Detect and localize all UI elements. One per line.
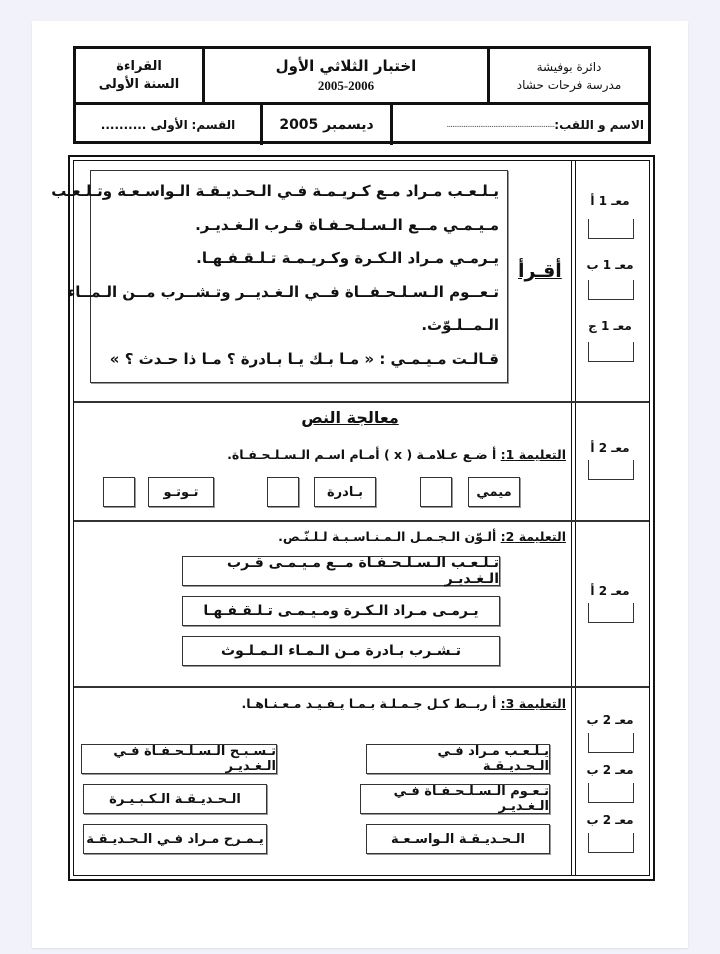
sentence-text: يـرمـى مـراد الـكـرة ومـيـمـى تـلـقـفـهـ…	[203, 603, 478, 619]
instruction-3-text: أ ربــط كـل جـمـلـة بـمـا يـفـيـد مـعـنـ…	[242, 696, 501, 711]
instruction-1: التعليمة 1: أ ضـع عـلامـة ( x ) أمـام اس…	[227, 447, 566, 462]
instruction-2-text: ألـوّن الـجـمـل الـمـنـاسـبـة لـلـنّـص.	[278, 529, 501, 544]
school-year: 2005-2006	[318, 76, 374, 96]
score-label: معـ 2 ب	[580, 813, 640, 827]
name-cell[interactable]: الاسم و اللقب: .........................…	[393, 105, 648, 145]
exam-date: ديسمبر 2005	[279, 117, 373, 133]
class-cell: القسم: الأولى ..........	[76, 105, 260, 145]
sentence-box[interactable]: يـرمـى مـراد الـكـرة ومـيـمـى تـلـقـفـهـ…	[182, 596, 500, 626]
score-column-divider	[571, 161, 576, 875]
passage-line: مـيـمـي مــع الـسـلـحـفـاة قـرب الـغـديـ…	[99, 209, 499, 243]
score-box[interactable]	[588, 219, 634, 239]
passage-line: الـمــلـوّث.	[99, 309, 499, 343]
match-right-item[interactable]: يـلـعـب مـراد فـي الـحـديـقـة	[366, 744, 550, 774]
score-label: معـ 2 أ	[580, 584, 640, 598]
passage-line: يـرمـي مـراد الـكـرة وكـريـمـة تـلـقـفـه…	[99, 242, 499, 276]
read-section-label: أقـرأ	[518, 260, 562, 282]
score-label: معـ 2 ب	[580, 763, 640, 777]
section-divider	[74, 401, 649, 403]
option-label: بـادرة	[327, 485, 363, 500]
class-label: القسم:	[192, 118, 236, 132]
instruction-3: التعليمة 3: أ ربــط كـل جـمـلـة بـمـا يـ…	[242, 696, 566, 711]
header-table: القراءة السنة الأولى اختبار الثلاثي الأو…	[73, 46, 651, 144]
option-badra: بـادرة	[314, 477, 376, 507]
date-cell: ديسمبر 2005	[263, 105, 390, 145]
score-box[interactable]	[588, 783, 634, 803]
instruction-2: التعليمة 2: ألـوّن الـجـمـل الـمـنـاسـبـ…	[278, 529, 566, 544]
instruction-3-label: التعليمة 3:	[501, 696, 566, 711]
passage-line: قـالـت مـيـمـي : « مـا بـك يـا بـادرة ؟ …	[99, 343, 499, 377]
match-left-item[interactable]: يـمـرح مـراد فـي الـحـديـقـة	[83, 824, 267, 854]
match-text: تـعـوم الـسـلـحـفـاة فـي الـغـديـر	[361, 784, 549, 814]
score-box[interactable]	[588, 833, 634, 853]
match-text: يـلـعـب مـراد فـي الـحـديـقـة	[367, 744, 549, 774]
score-box[interactable]	[588, 603, 634, 623]
match-right-item[interactable]: الـحـديـقـة الـواسـعـة	[366, 824, 550, 854]
sentence-box[interactable]: تـلـعـب الـسـلـحـفـاة مــع مـيـمـى قـرب …	[182, 556, 500, 586]
match-text: يـمـرح مـراد فـي الـحـديـقـة	[86, 832, 263, 847]
section-divider	[74, 686, 649, 688]
name-field[interactable]: ........................................…	[446, 120, 554, 130]
match-right-item[interactable]: تـعـوم الـسـلـحـفـاة فـي الـغـديـر	[360, 784, 550, 814]
school-cell: دائرة بوفيشة مدرسة فرحات حشاد	[490, 49, 648, 102]
processing-title: معالجة النص	[290, 408, 410, 427]
school-district: دائرة بوفيشة	[537, 58, 602, 76]
match-left-item[interactable]: تـسـبـح الـسـلـحـفـاة فـي الـغـديـر	[81, 744, 277, 774]
option-label: تـوتـو	[164, 485, 199, 500]
name-label: الاسم و اللقب:	[554, 118, 644, 132]
checkbox-badra[interactable]	[267, 477, 299, 507]
class-value: الأولى ..........	[101, 118, 188, 132]
score-box[interactable]	[588, 280, 634, 300]
match-text: الـحـديـقـة الـكـبـيـرة	[109, 792, 241, 807]
score-label: معـ 2 ب	[580, 713, 640, 727]
sentence-box[interactable]: تـشـرب بـادرة مـن الـمـاء الـمـلـوث	[182, 636, 500, 666]
instruction-2-label: التعليمة 2:	[501, 529, 566, 544]
sentence-text: تـشـرب بـادرة مـن الـمـاء الـمـلـوث	[221, 643, 461, 659]
subject: القراءة	[116, 58, 162, 76]
match-left-item[interactable]: الـحـديـقـة الـكـبـيـرة	[83, 784, 267, 814]
reading-passage: يـلـعـب مـراد مـع كـريـمـة فـي الـحـديـق…	[90, 170, 508, 383]
match-text: الـحـديـقـة الـواسـعـة	[391, 832, 525, 847]
option-label: ميمي	[476, 485, 511, 500]
option-toto: تـوتـو	[148, 477, 214, 507]
exam-title: اختبار الثلاثي الأول	[276, 56, 417, 76]
score-label: معـ 1 ج	[580, 319, 640, 333]
instruction-1-label: التعليمة 1:	[501, 447, 566, 462]
score-label: معـ 1 ب	[580, 258, 640, 272]
score-box[interactable]	[588, 733, 634, 753]
subject-cell: القراءة السنة الأولى	[76, 49, 202, 102]
score-box[interactable]	[588, 342, 634, 362]
score-box[interactable]	[588, 460, 634, 480]
section-divider	[74, 520, 649, 522]
passage-line: تـعــوم الـسـلـحـفــاة فــي الـغـديــر و…	[99, 276, 499, 310]
grade: السنة الأولى	[99, 76, 180, 94]
sentence-text: تـلـعـب الـسـلـحـفـاة مــع مـيـمـى قـرب …	[183, 555, 499, 587]
checkbox-toto[interactable]	[103, 477, 135, 507]
passage-line: يـلـعـب مـراد مـع كـريـمـة فـي الـحـديـق…	[99, 175, 499, 209]
title-cell: اختبار الثلاثي الأول 2005-2006	[205, 49, 487, 102]
score-label: معـ 1 أ	[580, 194, 640, 208]
checkbox-mimi[interactable]	[420, 477, 452, 507]
school-name: مدرسة فرحات حشاد	[517, 76, 622, 94]
match-text: تـسـبـح الـسـلـحـفـاة فـي الـغـديـر	[82, 744, 276, 774]
option-mimi: ميمي	[468, 477, 520, 507]
instruction-1-text: أ ضـع عـلامـة ( x ) أمـام اسـم الـسـلـحـ…	[227, 447, 501, 462]
score-label: معـ 2 أ	[580, 441, 640, 455]
